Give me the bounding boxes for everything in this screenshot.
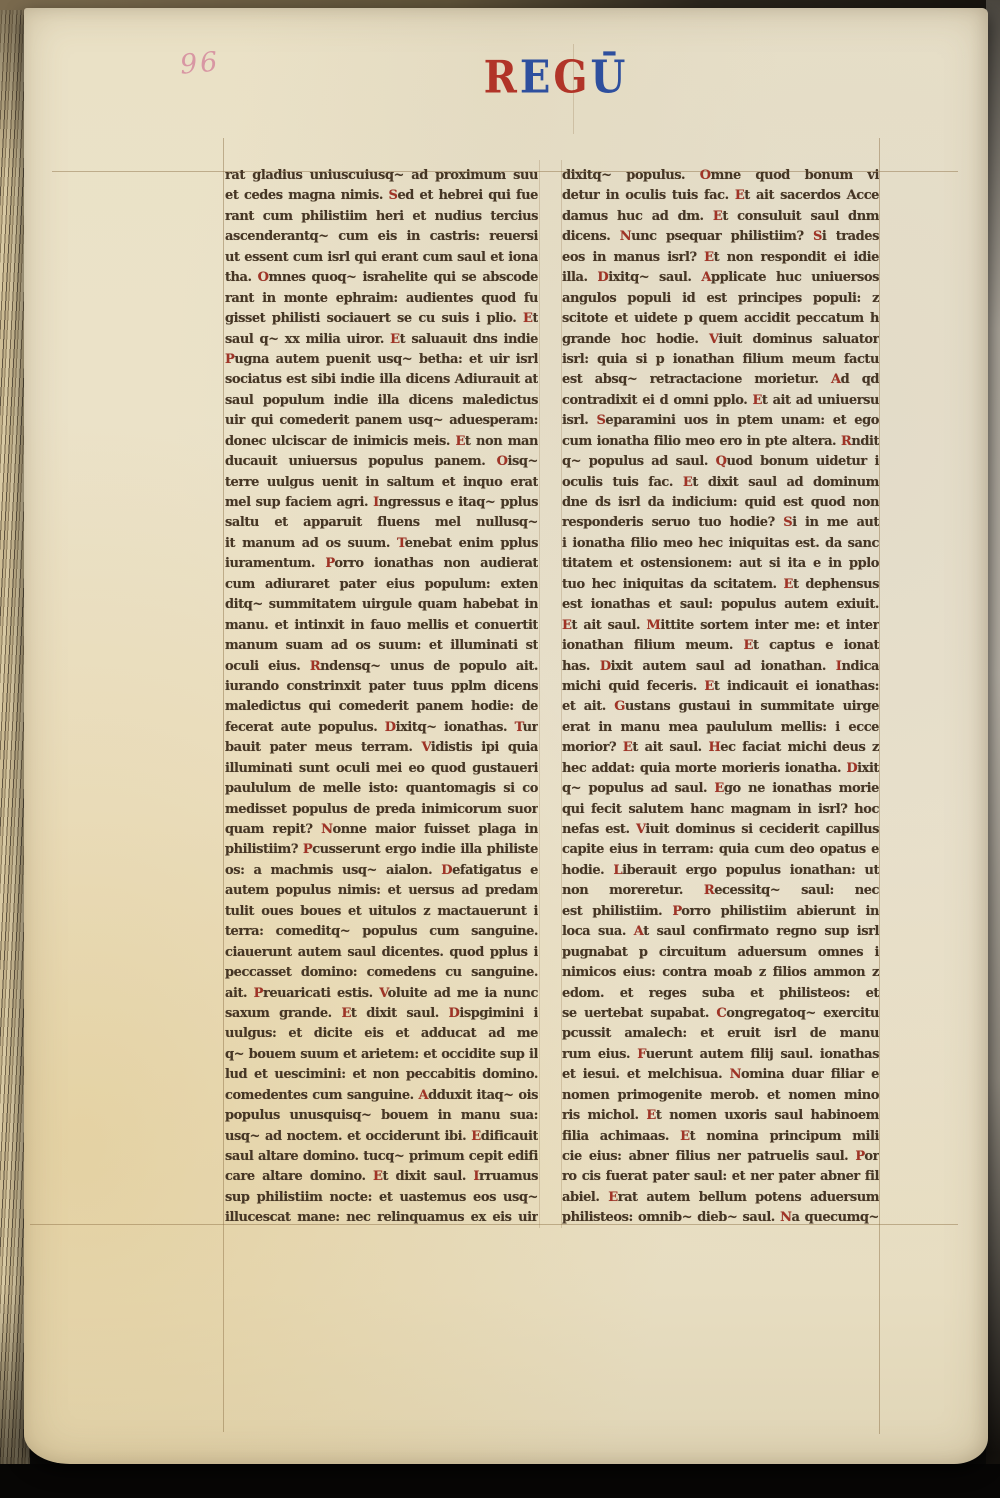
text-line: pugnabat p circuitum aduersum omnes i: [562, 943, 879, 963]
text-line: est philistiim. Porro philistiim abierun…: [562, 902, 879, 922]
text-line: philistiim? Pcusserunt ergo indie illa p…: [225, 840, 538, 860]
running-title-letter: E: [520, 56, 554, 101]
text-line: mel sup faciem agri. Ingressus e itaq~ p…: [225, 493, 538, 513]
text-line: non moreretur. Recessitq~ saul: nec psec…: [562, 881, 879, 901]
text-line: philisteos: omnib~ dieb~ saul. Na quecum…: [562, 1208, 879, 1228]
text-line: hodie. Liberauit ergo populus ionathan: …: [562, 861, 879, 881]
text-line: angulos populi id est principes populi: …: [562, 289, 879, 309]
text-line: damus huc ad dm. Et consuluit saul dnm: [562, 207, 879, 227]
text-line: q~ populus ad saul. Quod bonum uidetur i: [562, 452, 879, 472]
text-line: cie eius: abner filius ner patruelis sau…: [562, 1147, 879, 1167]
text-line: tulit oues boues et uitulos z mactauerun…: [225, 902, 538, 922]
text-line: quam repit? Nonne maior fuisset plaga in: [225, 820, 538, 840]
book-right-edge: [986, 0, 1000, 1498]
text-line: ionathan filium meum. Et captus e ionat: [562, 636, 879, 656]
text-line: oculis tuis fac. Et dixit saul ad dominu…: [562, 473, 879, 493]
text-line: uir qui comederit panem usq~ aduesperam:…: [225, 411, 538, 431]
text-line: q~ bouem suum et arietem: et occidite su…: [225, 1045, 538, 1065]
text-line: sup philistiim nocte: et uastemus eos us…: [225, 1188, 538, 1208]
folio-number: 96: [179, 46, 222, 80]
text-line: cum ionatha filio meo ero in pte altera.…: [562, 432, 879, 452]
text-line: nimicos eius: contra moab z filios ammon…: [562, 963, 879, 983]
text-line: manum suam ad os suum: et illuminati st: [225, 636, 538, 656]
text-line: cum adiuraret pater eius populum: exten: [225, 575, 538, 595]
text-line: saul q~ xx milia uiror. Et saluauit dns …: [225, 330, 538, 350]
text-line: medisset populus de preda inimicorum suo…: [225, 800, 538, 820]
text-line: illuminati sunt oculi mei eo quod gustau…: [225, 759, 538, 779]
text-line: care altare domino. Et dixit saul. Irrua…: [225, 1167, 538, 1187]
text-line: ait. Preuaricati estis. Voluite ad me ia…: [225, 984, 538, 1004]
text-line: ro cis fuerat pater saul: et ner pater a…: [562, 1167, 879, 1187]
text-line: ut essent cum isrl qui erant cum saul et…: [225, 248, 538, 268]
text-line: saltu et apparuit fluens mel nullusq~ ap…: [225, 513, 538, 533]
text-line: morior? Et ait saul. Hec faciat michi de…: [562, 738, 879, 758]
text-line: capite eius in terram: quia cum deo opat…: [562, 840, 879, 860]
text-line: contradixit ei d omni pplo. Et ait ad un…: [562, 391, 879, 411]
text-line: rant cum philistiim heri et nudius terci…: [225, 207, 538, 227]
text-line: i ionatha filio meo hec iniquitas est. d…: [562, 534, 879, 554]
text-line: autem populus nimis: et uersus ad predam: [225, 881, 538, 901]
text-line: sociatus est sibi indie illa dicens Adiu…: [225, 370, 538, 390]
text-line: Et ait saul. Mittite sortem inter me: et…: [562, 616, 879, 636]
text-line: tuo hec iniquitas da scitatem. Et dephen…: [562, 575, 879, 595]
text-line: hec addat: quia morte morieris ionatha. …: [562, 759, 879, 779]
text-line: est absq~ retractacione morietur. Ad qd …: [562, 370, 879, 390]
text-line: isrl: quia si p ionathan filium meum fac…: [562, 350, 879, 370]
running-title-letter: G: [553, 56, 590, 101]
text-line: donec ulciscar de inimicis meis. Et non …: [225, 432, 538, 452]
running-title: REGŪ: [484, 58, 629, 98]
text-line: ascenderantq~ cum eis in castris: reuers…: [225, 227, 538, 247]
text-line: iurando constrinxit pater tuus pplm dice…: [225, 677, 538, 697]
running-title-letter: R: [484, 56, 520, 101]
ruling-line-left-column-left: [223, 138, 224, 1432]
text-line: it manum ad os suum. Tenebat enim pplus: [225, 534, 538, 554]
text-line: saxum grande. Et dixit saul. Dispgimini …: [225, 1004, 538, 1024]
text-line: uulgus: et dicite eis et adducat ad me u…: [225, 1024, 538, 1044]
text-line: rum eius. Fuerunt autem filij saul. iona…: [562, 1045, 879, 1065]
text-line: isrl. Separamini uos in ptem unam: et eg…: [562, 411, 879, 431]
text-line: dicens. Nunc psequar philistiim? Si trad…: [562, 227, 879, 247]
text-line: Pugna autem puenit usq~ betha: et uir is…: [225, 350, 538, 370]
text-line: tha. Omnes quoq~ israhelite qui se absco…: [225, 268, 538, 288]
text-line: abiel. Erat autem bellum potens aduersum: [562, 1188, 879, 1208]
text-line: manu. et intinxit in fauo mellis et conu…: [225, 616, 538, 636]
text-line: detur in oculis tuis fac. Et ait sacerdo…: [562, 186, 879, 206]
text-line: dixitq~ populus. Omne quod bonum vi: [562, 166, 879, 186]
text-line: ciauerunt autem saul dicentes. quod pplu…: [225, 943, 538, 963]
text-line: q~ populus ad saul. Ego ne ionathas mori…: [562, 779, 879, 799]
background-bottom: [0, 1464, 1000, 1498]
text-line: saul altare domino. tucq~ primum cepit e…: [225, 1147, 538, 1167]
text-line: fecerat aute populus. Dixitq~ ionathas. …: [225, 718, 538, 738]
text-column-right: dixitq~ populus. Omne quod bonum videtur…: [562, 166, 879, 1229]
text-line: has. Dixit autem saul ad ionathan. Indic…: [562, 657, 879, 677]
text-line: grande hoc hodie. Viuit dominus saluator: [562, 330, 879, 350]
manuscript-photo: 96 REGŪ rat gladius uniuscuiusq~ ad prox…: [0, 0, 1000, 1498]
text-line: se uertebat supabat. Congregatoq~ exerci…: [562, 1004, 879, 1024]
text-line: edom. et reges suba et philisteos: et qu…: [562, 984, 879, 1004]
ruling-line-left-column-right: [539, 160, 540, 1228]
text-line: lud et uescimini: et non peccabitis domi…: [225, 1065, 538, 1085]
text-line: ducauit uniuersus populus panem. Oisq~: [225, 452, 538, 472]
text-line: et iesui. et melchisua. Nomina duar fili…: [562, 1065, 879, 1085]
text-line: illucescat mane: nec relinquamus ex eis …: [225, 1208, 538, 1228]
text-line: nefas est. Viuit dominus si ceciderit ca…: [562, 820, 879, 840]
text-line: bauit pater meus terram. Vidistis ipi qu…: [225, 738, 538, 758]
text-line: nomen primogenite merob. et nomen mino: [562, 1086, 879, 1106]
text-line: comedentes cum sanguine. Adduxit itaq~ o…: [225, 1086, 538, 1106]
text-line: responderis seruo tuo hodie? Si in me au…: [562, 513, 879, 533]
text-line: dne ds isrl da indicium: quid est quod n…: [562, 493, 879, 513]
text-line: est ionathas et saul: populus autem exiu…: [562, 595, 879, 615]
text-line: oculi eius. Rndensq~ unus de populo ait.…: [225, 657, 538, 677]
text-line: et cedes magna nimis. Sed et hebrei qui …: [225, 186, 538, 206]
text-line: os: a machmis usq~ aialon. Defatigatus e: [225, 861, 538, 881]
text-line: ditq~ summitatem uirgule quam habebat in: [225, 595, 538, 615]
text-line: peccasset domino: comedens cu sanguine. …: [225, 963, 538, 983]
text-line: titatem et ostensionem: aut si ita e in …: [562, 554, 879, 574]
text-column-left: rat gladius uniuscuiusq~ ad proximum suu…: [225, 166, 538, 1229]
text-line: erat in manu mea paululum mellis: i ecce: [562, 718, 879, 738]
text-line: et ait. Gustans gustaui in summitate uir…: [562, 697, 879, 717]
text-line: iuramentum. Porro ionathas non audierat: [225, 554, 538, 574]
text-line: terra: comeditq~ populus cum sanguine. N…: [225, 922, 538, 942]
text-line: rant in monte ephraim: audientes quod fu: [225, 289, 538, 309]
text-line: terre uulgus uenit in saltum et inquo er…: [225, 473, 538, 493]
text-line: saul populum indie illa dicens maledictu…: [225, 391, 538, 411]
text-line: rat gladius uniuscuiusq~ ad proximum suu: [225, 166, 538, 186]
text-line: qui fecit salutem hanc magnam in isrl? h…: [562, 800, 879, 820]
text-line: usq~ ad noctem. et occiderunt ibi. Edifi…: [225, 1127, 538, 1147]
text-line: populus unusquisq~ bouem in manu sua:: [225, 1106, 538, 1126]
text-line: filia achimaas. Et nomina principum mili: [562, 1127, 879, 1147]
text-line: ris michol. Et nomen uxoris saul habinoe…: [562, 1106, 879, 1126]
text-line: illa. Dixitq~ saul. Applicate huc uniuer…: [562, 268, 879, 288]
text-line: maledictus qui comederit panem hodie: de: [225, 697, 538, 717]
text-line: paululum de melle isto: quantomagis si c…: [225, 779, 538, 799]
running-title-letter: Ū: [591, 56, 629, 101]
text-line: gisset philisti sociauert se cu suis i p…: [225, 309, 538, 329]
text-line: eos in manus isrl? Et non respondit ei i…: [562, 248, 879, 268]
text-line: pcussit amalech: et eruit isrl de manu u…: [562, 1024, 879, 1044]
ruling-line-right-column-right: [879, 138, 880, 1434]
text-line: michi quid feceris. Et indicauit ei iona…: [562, 677, 879, 697]
text-line: scitote et uidete p quem accidit peccatu…: [562, 309, 879, 329]
text-line: loca sua. At saul confirmato regno sup i…: [562, 922, 879, 942]
